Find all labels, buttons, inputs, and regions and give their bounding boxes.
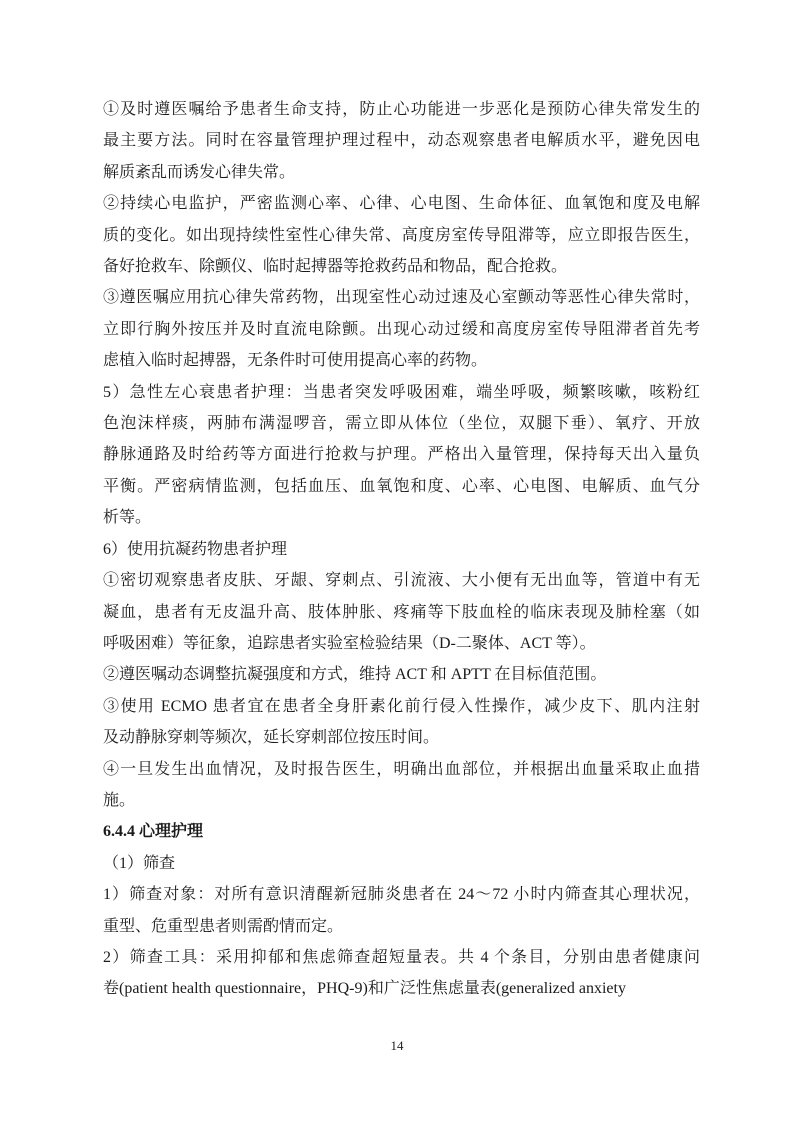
paragraph: ③使用 ECMO 患者宜在患者全身肝素化前行侵入性操作，减少皮下、肌内注射及动静… xyxy=(103,691,700,754)
text-line: ①密切观察患者皮肤、牙龈、穿刺点、引流液、大小便有无出血等，管道中有无 xyxy=(103,565,700,596)
text-line: 静脉通路及时给药等方面进行抢救与护理。严格出入量管理，保持每天出入量负 xyxy=(103,439,700,470)
text-line: 立即行胸外按压并及时直流电除颤。出现心动过缓和高度房室传导阻滞者首先考 xyxy=(103,314,700,345)
section-heading: 6.4.4 心理护理 xyxy=(103,816,700,847)
text-line: 2）筛查工具：采用抑郁和焦虑筛查超短量表。共 4 个条目，分别由患者健康问 xyxy=(103,942,700,973)
text-line: ②持续心电监护，严密监测心率、心律、心电图、生命体征、血氧饱和度及电解 xyxy=(103,188,700,219)
text-line: ①及时遵医嘱给予患者生命支持，防止心功能进一步恶化是预防心律失常发生的 xyxy=(103,94,700,125)
text-line: 施。 xyxy=(103,785,700,816)
paragraph: ③遵医嘱应用抗心律失常药物，出现室性心动过速及心室颤动等恶性心律失常时，立即行胸… xyxy=(103,282,700,376)
text-line: 及动静脉穿刺等频次，延长穿刺部位按压时间。 xyxy=(103,722,700,753)
text-line: 质的变化。如出现持续性室性心律失常、高度房室传导阻滞等，应立即报告医生， xyxy=(103,220,700,251)
text-line: ③遵医嘱应用抗心律失常药物，出现室性心动过速及心室颤动等恶性心律失常时， xyxy=(103,282,700,313)
paragraph: 6）使用抗凝药物患者护理 xyxy=(103,534,700,565)
text-line: 6.4.4 心理护理 xyxy=(103,816,700,847)
paragraph: 2）筛查工具：采用抑郁和焦虑筛查超短量表。共 4 个条目，分别由患者健康问卷(p… xyxy=(103,942,700,1005)
paragraph: ②遵医嘱动态调整抗凝强度和方式，维持 ACT 和 APTT 在目标值范围。 xyxy=(103,659,700,690)
text-line: 5）急性左心衰患者护理：当患者突发呼吸困难，端坐呼吸，频繁咳嗽，咳粉红 xyxy=(103,377,700,408)
text-line: 备好抢救车、除颤仪、临时起搏器等抢救药品和物品，配合抢救。 xyxy=(103,251,700,282)
paragraph: ④一旦发生出血情况，及时报告医生，明确出血部位，并根据出血量采取止血措施。 xyxy=(103,754,700,817)
text-line: 虑植入临时起搏器，无条件时可使用提高心率的药物。 xyxy=(103,345,700,376)
paragraph: ①密切观察患者皮肤、牙龈、穿刺点、引流液、大小便有无出血等，管道中有无凝血，患者… xyxy=(103,565,700,659)
text-line: ③使用 ECMO 患者宜在患者全身肝素化前行侵入性操作，减少皮下、肌内注射 xyxy=(103,691,700,722)
text-line: 色泡沫样痰，两肺布满湿啰音，需立即从体位（坐位，双腿下垂）、氧疗、开放 xyxy=(103,408,700,439)
text-line: ②遵医嘱动态调整抗凝强度和方式，维持 ACT 和 APTT 在目标值范围。 xyxy=(103,659,700,690)
paragraph: ②持续心电监护，严密监测心率、心律、心电图、生命体征、血氧饱和度及电解质的变化。… xyxy=(103,188,700,282)
paragraph: 5）急性左心衰患者护理：当患者突发呼吸困难，端坐呼吸，频繁咳嗽，咳粉红色泡沫样痰… xyxy=(103,377,700,534)
paragraph: （1）筛查 xyxy=(103,848,700,879)
paragraph: 1）筛查对象：对所有意识清醒新冠肺炎患者在 24～72 小时内筛查其心理状况，重… xyxy=(103,879,700,942)
text-line: 最主要方法。同时在容量管理护理过程中，动态观察患者电解质水平，避免因电 xyxy=(103,125,700,156)
text-line: 6）使用抗凝药物患者护理 xyxy=(103,534,700,565)
text-line: 平衡。严密病情监测，包括血压、血氧饱和度、心率、心电图、电解质、血气分 xyxy=(103,471,700,502)
text-line: ④一旦发生出血情况，及时报告医生，明确出血部位，并根据出血量采取止血措 xyxy=(103,754,700,785)
page-number: 14 xyxy=(0,1038,794,1054)
paragraph: ①及时遵医嘱给予患者生命支持，防止心功能进一步恶化是预防心律失常发生的最主要方法… xyxy=(103,94,700,188)
text-line: 卷(patient health questionnaire，PHQ-9)和广泛… xyxy=(103,973,700,1004)
text-line: 解质紊乱而诱发心律失常。 xyxy=(103,157,700,188)
text-line: 重型、危重型患者则需酌情而定。 xyxy=(103,911,700,942)
document-body: ①及时遵医嘱给予患者生命支持，防止心功能进一步恶化是预防心律失常发生的最主要方法… xyxy=(103,94,700,1005)
text-line: 1）筛查对象：对所有意识清醒新冠肺炎患者在 24～72 小时内筛查其心理状况， xyxy=(103,879,700,910)
text-line: 凝血，患者有无皮温升高、肢体肿胀、疼痛等下肢血栓的临床表现及肺栓塞（如 xyxy=(103,597,700,628)
text-line: （1）筛查 xyxy=(103,848,700,879)
text-line: 呼吸困难）等征象，追踪患者实验室检验结果（D-二聚体、ACT 等）。 xyxy=(103,628,700,659)
text-line: 析等。 xyxy=(103,502,700,533)
